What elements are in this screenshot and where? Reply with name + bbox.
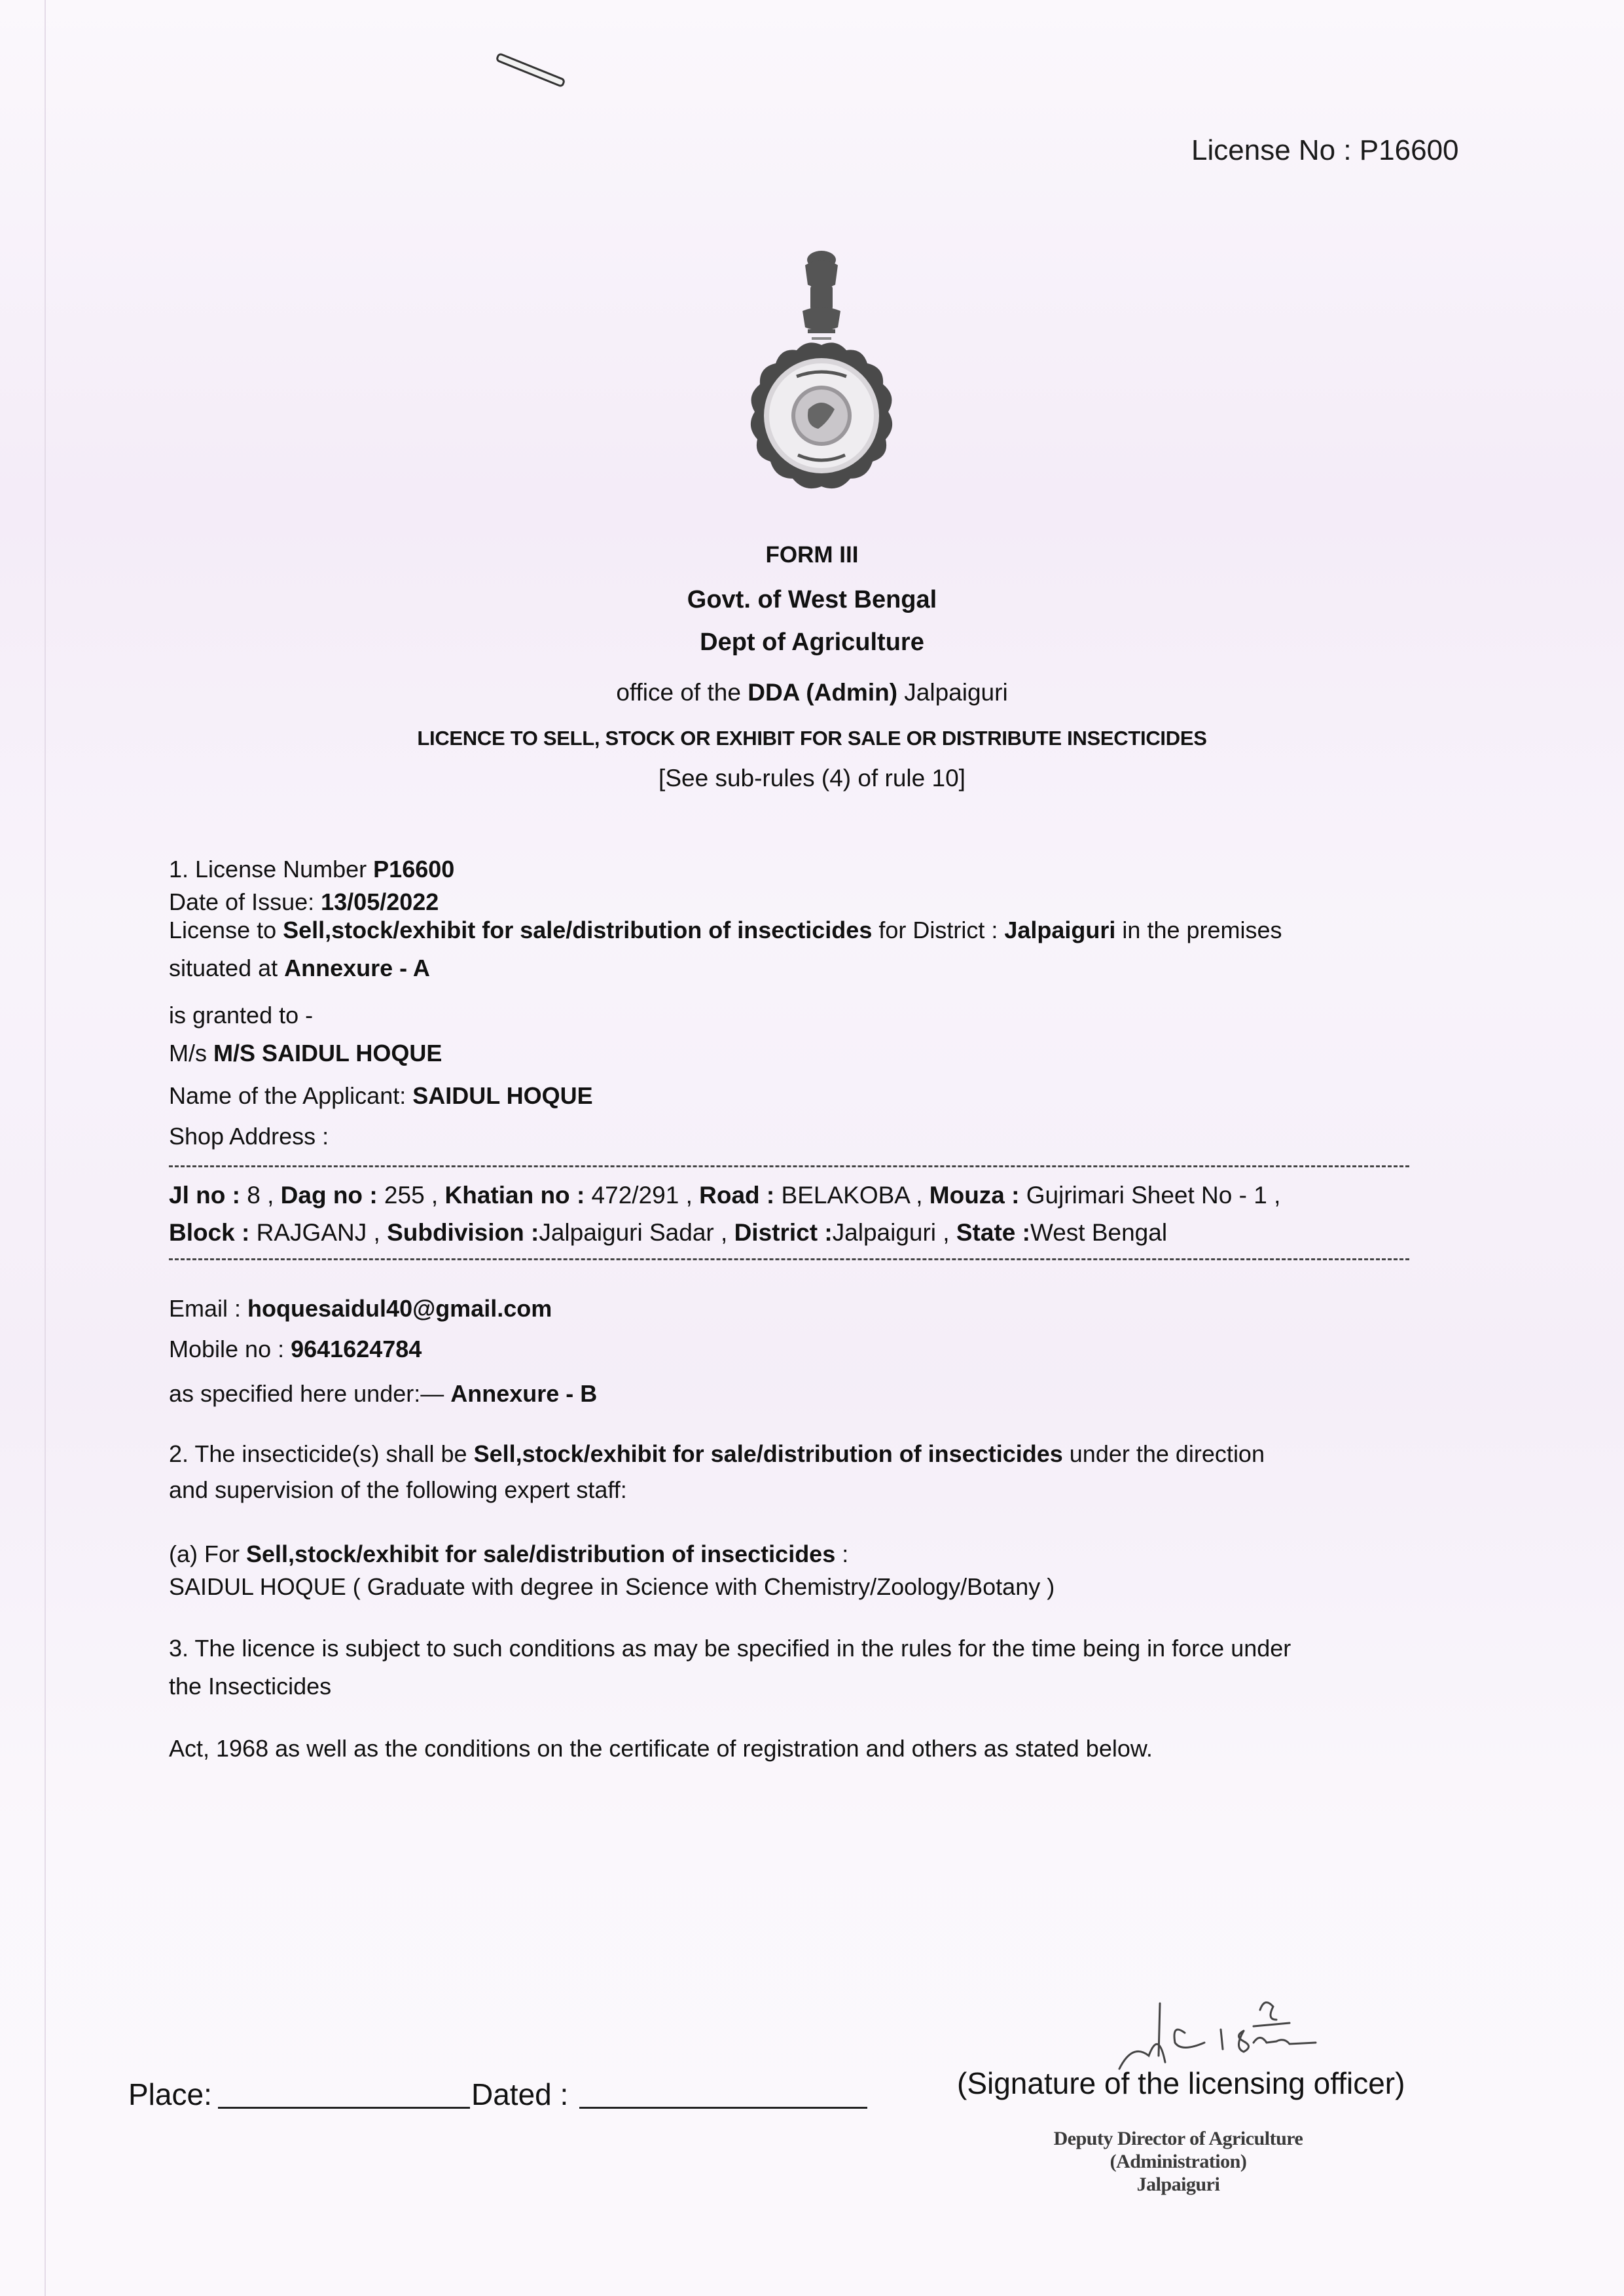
- email-line: Email : hoquesaidul40@gmail.com: [169, 1295, 552, 1322]
- department-name: Dept of Agriculture: [0, 629, 1624, 657]
- section3-line3: Act, 1968 as well as the conditions on t…: [169, 1735, 1153, 1762]
- address-line-1: Jl no : 8 , Dag no : 255 , Khatian no : …: [169, 1182, 1280, 1209]
- page-edge: [45, 0, 46, 2296]
- sub-rules-reference: [See sub-rules (4) of rule 10]: [0, 765, 1624, 792]
- shop-address-label: Shop Address :: [169, 1123, 329, 1150]
- section3-line2: the Insecticides: [169, 1673, 331, 1700]
- office-line: office of the DDA (Admin) Jalpaiguri: [0, 679, 1624, 706]
- expert-staff-line: SAIDUL HOQUE ( Graduate with degree in S…: [169, 1573, 1055, 1601]
- situated-at-line: situated at Annexure - A: [169, 955, 430, 982]
- place-label: Place:: [128, 2077, 212, 2112]
- place-blank-line: [218, 2107, 470, 2109]
- date-of-issue-line: Date of Issue: 13/05/2022: [169, 888, 439, 916]
- stamp-line-3: Jalpaiguri: [995, 2174, 1362, 2196]
- stamp-line-1: Deputy Director of Agriculture: [995, 2128, 1362, 2150]
- address-divider-top: [169, 1165, 1409, 1167]
- section2-line1: 2. The insecticide(s) shall be Sell,stoc…: [169, 1440, 1265, 1468]
- section2-line2: and supervision of the following expert …: [169, 1476, 627, 1504]
- granted-to-line: is granted to -: [169, 1002, 313, 1029]
- license-number-line: 1. License Number P16600: [169, 856, 454, 883]
- form-title: FORM III: [0, 542, 1624, 568]
- address-line-2: Block : RAJGANJ , Subdivision :Jalpaigur…: [169, 1219, 1167, 1247]
- mobile-line: Mobile no : 9641624784: [169, 1336, 422, 1363]
- stamp-line-2: (Administration): [995, 2151, 1362, 2173]
- section3-line1: 3. The licence is subject to such condit…: [169, 1635, 1291, 1662]
- licence-heading: LICENCE TO SELL, STOCK OR EXHIBIT FOR SA…: [0, 727, 1624, 750]
- signature-label: (Signature of the licensing officer): [957, 2066, 1405, 2101]
- govt-name: Govt. of West Bengal: [0, 586, 1624, 614]
- address-divider-bottom: [169, 1258, 1409, 1260]
- annexure-b-line: as specified here under:— Annexure - B: [169, 1380, 597, 1408]
- west-bengal-emblem-icon: [740, 246, 903, 501]
- firm-name-line: M/s M/S SAIDUL HOQUE: [169, 1040, 442, 1067]
- applicant-name-line: Name of the Applicant: SAIDUL HOQUE: [169, 1082, 593, 1110]
- staple-mark: [495, 52, 566, 88]
- dated-blank-line: [579, 2107, 867, 2109]
- section2-a-line: (a) For Sell,stock/exhibit for sale/dist…: [169, 1540, 848, 1568]
- dated-label: Dated :: [471, 2077, 568, 2112]
- license-number-header: License No : P16600: [1191, 134, 1459, 167]
- license-purpose-line: License to Sell,stock/exhibit for sale/d…: [169, 917, 1282, 944]
